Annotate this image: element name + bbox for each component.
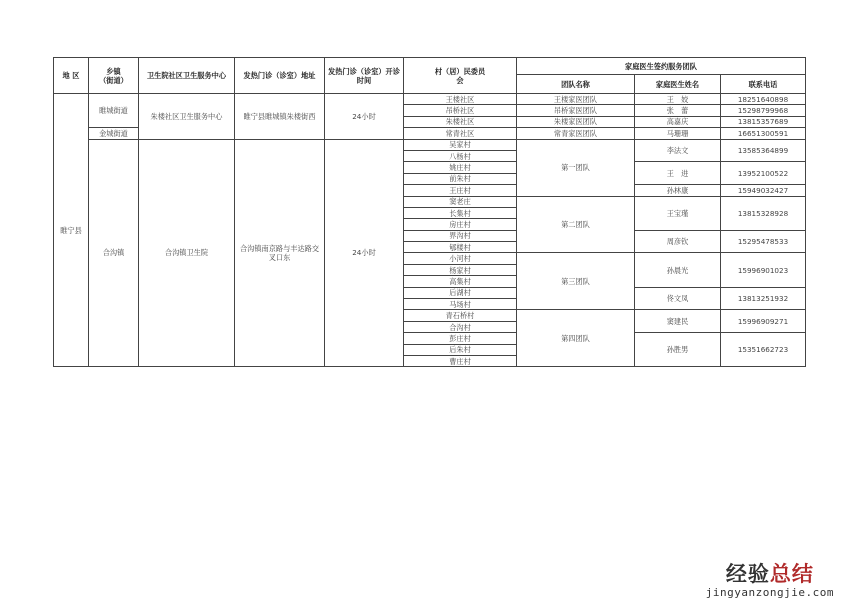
village-cell: 王庄村: [404, 185, 517, 196]
watermark: 经验总结 jingyanzongjie.com: [706, 562, 834, 599]
phone-cell: 15996909271: [721, 310, 806, 333]
doctor-name-cell: 佟文凤: [635, 287, 721, 310]
village-cell: 界沟村: [404, 230, 517, 241]
village-cell: 长集村: [404, 207, 517, 218]
village-cell: 姚庄村: [404, 162, 517, 173]
village-cell: 前朱村: [404, 173, 517, 184]
phone-cell: 13585364899: [721, 139, 806, 162]
doctor-name-cell: 高嘉庆: [635, 116, 721, 127]
village-cell: 高集村: [404, 276, 517, 287]
village-cell: 彭庄村: [404, 333, 517, 344]
doctor-name-cell: 李法文: [635, 139, 721, 162]
header-phone: 联系电话: [721, 75, 806, 94]
town-cell: 合沟镇: [89, 139, 139, 367]
village-cell: 后湖村: [404, 287, 517, 298]
header-fever-hours: 发热门诊（诊室）开诊时间: [325, 58, 404, 94]
address-cell: 合沟镇南京路与丰达路交叉口东: [235, 139, 325, 367]
village-cell: 王楼社区: [404, 94, 517, 105]
phone-cell: 15298799968: [721, 105, 806, 116]
phone-cell: 13815328928: [721, 196, 806, 230]
team-name-cell: 朱楼家医团队: [517, 116, 635, 127]
team-name-cell: 第三团队: [517, 253, 635, 310]
village-cell: 吴家村: [404, 139, 517, 150]
team-name-cell: 第二团队: [517, 196, 635, 253]
village-cell: 吊桥社区: [404, 105, 517, 116]
address-cell: 睢宁县睢城镇朱楼街西: [235, 94, 325, 140]
team-name-cell: 吊桥家医团队: [517, 105, 635, 116]
team-name-cell: 第四团队: [517, 310, 635, 367]
header-center: 卫生院社区卫生服务中心: [139, 58, 235, 94]
doctor-name-cell: 王 姣: [635, 94, 721, 105]
village-cell: 合沟村: [404, 321, 517, 332]
center-cell: 朱楼社区卫生服务中心: [139, 94, 235, 140]
watermark-cn-red: 总结: [770, 562, 814, 586]
table-body: 睢宁县睢城街道朱楼社区卫生服务中心睢宁县睢城镇朱楼街西24小时王楼社区王楼家医团…: [54, 94, 806, 367]
phone-cell: 13813251932: [721, 287, 806, 310]
phone-cell: 15996901023: [721, 253, 806, 287]
table-row: 合沟镇合沟镇卫生院合沟镇南京路与丰达路交叉口东24小时吴家村第一团队李法文135…: [54, 139, 806, 150]
header-village: 村（居）民委员会: [404, 58, 517, 94]
doctor-name-cell: 马珊珊: [635, 128, 721, 139]
doctor-name-cell: 周彦钦: [635, 230, 721, 253]
header-region: 地 区: [54, 58, 89, 94]
doctor-name-cell: 窦建民: [635, 310, 721, 333]
village-cell: 马场村: [404, 299, 517, 310]
header-fever-address: 发热门诊（诊室）地址: [235, 58, 325, 94]
doctor-name-cell: 王宝瑾: [635, 196, 721, 230]
phone-cell: 18251640898: [721, 94, 806, 105]
doctor-name-cell: 孙林康: [635, 185, 721, 196]
village-cell: 小河村: [404, 253, 517, 264]
village-cell: 后朱村: [404, 344, 517, 355]
doctor-name-cell: 孙晨光: [635, 253, 721, 287]
village-cell: 曹庄村: [404, 355, 517, 366]
phone-cell: 16651300591: [721, 128, 806, 139]
phone-cell: 15295478533: [721, 230, 806, 253]
family-doctor-team-table: 地 区 乡镇 （街道） 卫生院社区卫生服务中心 发热门诊（诊室）地址 发热门诊（…: [53, 57, 806, 367]
center-cell: 合沟镇卫生院: [139, 139, 235, 367]
header-team-group: 家庭医生签约服务团队: [517, 58, 806, 75]
header-town: 乡镇 （街道）: [89, 58, 139, 94]
phone-cell: 15351662723: [721, 333, 806, 367]
town-cell: 睢城街道: [89, 94, 139, 128]
header-team-name: 团队名称: [517, 75, 635, 94]
phone-cell: 15949032427: [721, 185, 806, 196]
doctor-name-cell: 孙胜男: [635, 333, 721, 367]
village-cell: 常青社区: [404, 128, 517, 139]
watermark-url: jingyanzongjie.com: [706, 586, 834, 599]
table-row: 睢宁县睢城街道朱楼社区卫生服务中心睢宁县睢城镇朱楼街西24小时王楼社区王楼家医团…: [54, 94, 806, 105]
hours-cell: 24小时: [325, 94, 404, 140]
village-cell: 八杨村: [404, 150, 517, 161]
village-cell: 青石桥村: [404, 310, 517, 321]
village-cell: 杨家村: [404, 264, 517, 275]
doctor-name-cell: 张 蕾: [635, 105, 721, 116]
town-cell: 金城街道: [89, 128, 139, 139]
doctor-name-cell: 王 进: [635, 162, 721, 185]
watermark-logo-text: 经验总结: [706, 562, 834, 586]
team-name-cell: 第一团队: [517, 139, 635, 196]
region-cell: 睢宁县: [54, 94, 89, 367]
phone-cell: 13815357689: [721, 116, 806, 127]
village-cell: 窦老庄: [404, 196, 517, 207]
team-name-cell: 王楼家医团队: [517, 94, 635, 105]
phone-cell: 13952100522: [721, 162, 806, 185]
village-cell: 朱楼社区: [404, 116, 517, 127]
watermark-cn-dark: 经验: [726, 562, 770, 586]
hours-cell: 24小时: [325, 139, 404, 367]
village-cell: 郇楼村: [404, 242, 517, 253]
team-name-cell: 常青家医团队: [517, 128, 635, 139]
village-cell: 房庄村: [404, 219, 517, 230]
header-doctor-name: 家庭医生姓名: [635, 75, 721, 94]
